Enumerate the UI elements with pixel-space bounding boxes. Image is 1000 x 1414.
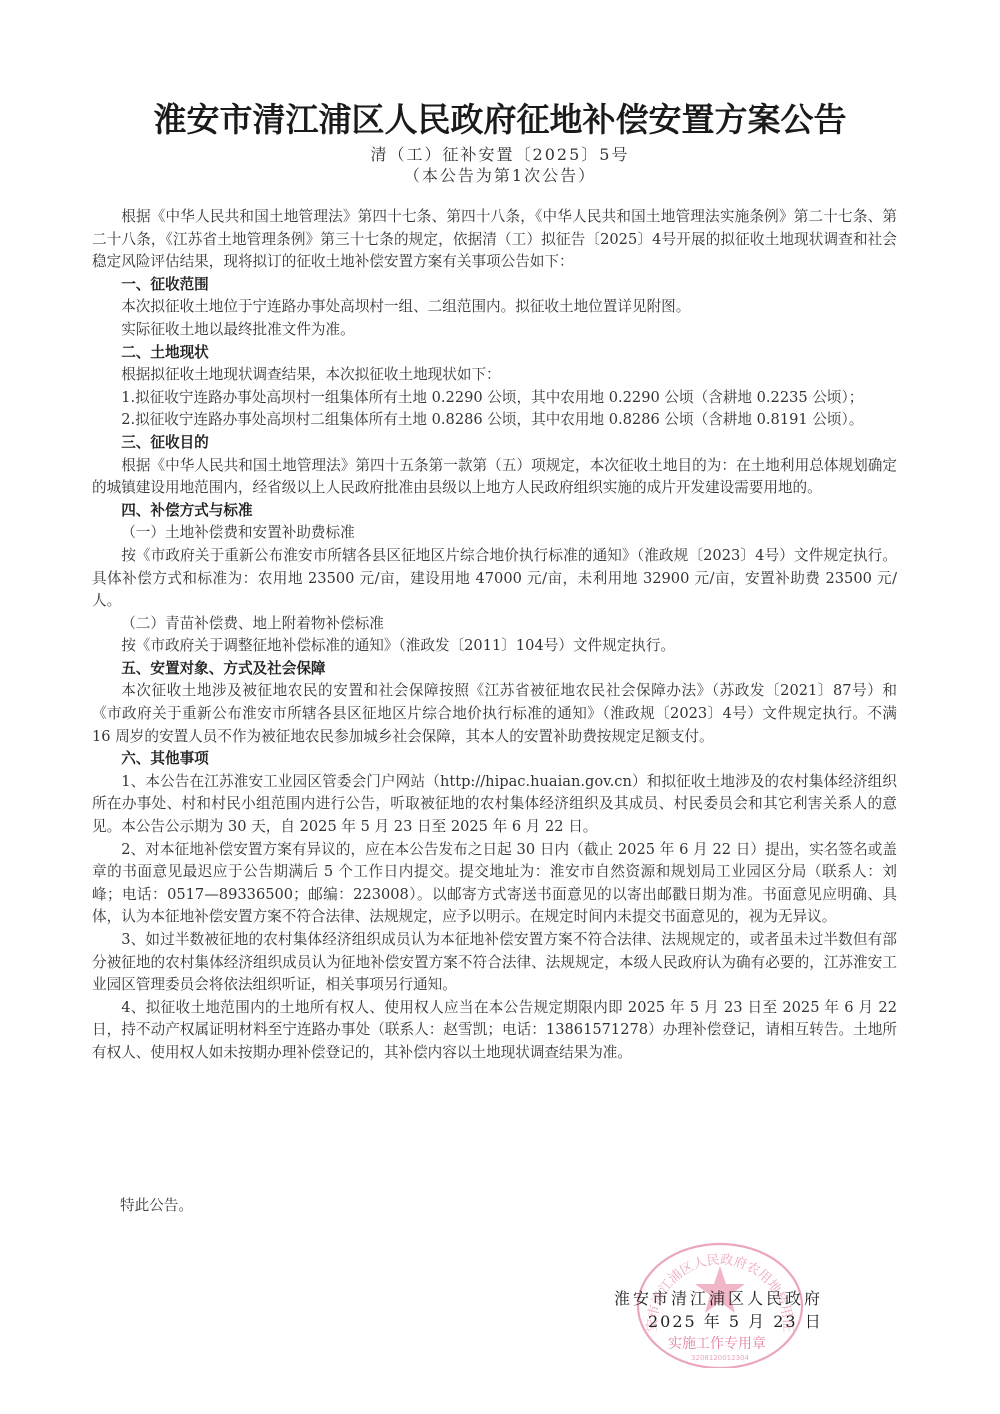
paragraph: 1.拟征收宁连路办事处高坝村一组集体所有土地 0.2290 公顷，其中农用地 0… xyxy=(92,387,897,410)
paragraph: 1、本公告在江苏淮安工业园区管委会门户网站（http://hipac.huaia… xyxy=(92,771,897,839)
announcement-note: （本公告为第1次公告） xyxy=(0,163,1000,186)
subsection-heading: （二）青苗补偿费、地上附着物补偿标准 xyxy=(92,613,897,636)
svg-text:3208120012304: 3208120012304 xyxy=(691,1354,749,1362)
paragraph: 本次拟征收土地位于宁连路办事处高坝村一组、二组范围内。拟征收土地位置详见附图。 xyxy=(92,296,897,319)
paragraph: 根据《中华人民共和国土地管理法》第四十五条第一款第（五）项规定，本次征收土地目的… xyxy=(92,455,897,500)
paragraph: 根据拟征收土地现状调查结果，本次拟征收土地现状如下： xyxy=(92,364,897,387)
document-body: 根据《中华人民共和国土地管理法》第四十七条、第四十八条，《中华人民共和国土地管理… xyxy=(92,206,897,1065)
issuer-name: 淮安市清江浦区人民政府 xyxy=(614,1286,823,1309)
seal-text: 实施工作专用章 xyxy=(668,1333,766,1353)
paragraph: 2、对本征地补偿安置方案有异议的，应在本公告发布之日起 30 日内（截止 202… xyxy=(92,839,897,929)
section-heading-resettlement: 五、安置对象、方式及社会保障 xyxy=(92,658,897,681)
paragraph: 4、拟征收土地范围内的土地所有权人、使用权人应当在本公告规定期限内即 2025 … xyxy=(92,997,897,1065)
document-title: 淮安市清江浦区人民政府征地补偿安置方案公告 xyxy=(0,94,1000,141)
issue-date: 2025 年 5 月 23 日 xyxy=(648,1309,823,1332)
subsection-heading: （一）土地补偿费和安置补助费标准 xyxy=(92,522,897,545)
paragraph: 按《市政府关于调整征地补偿标准的通知》（淮政发〔2011〕104号）文件规定执行… xyxy=(92,635,897,658)
paragraph: 实际征收土地以最终批准文件为准。 xyxy=(92,319,897,342)
intro-paragraph: 根据《中华人民共和国土地管理法》第四十七条、第四十八条，《中华人民共和国土地管理… xyxy=(92,206,897,274)
paragraph: 本次征收土地涉及被征地农民的安置和社会保障按照《江苏省被征地农民社会保障办法》（… xyxy=(92,680,897,748)
section-heading-scope: 一、征收范围 xyxy=(92,274,897,297)
paragraph: 2.拟征收宁连路办事处高坝村二组集体所有土地 0.8286 公顷，其中农用地 0… xyxy=(92,409,897,432)
document-number: 清（工）征补安置〔2025〕5号 xyxy=(0,142,1000,165)
section-heading-other: 六、其他事项 xyxy=(92,748,897,771)
section-heading-compensation: 四、补偿方式与标准 xyxy=(92,500,897,523)
paragraph: 按《市政府关于重新公布淮安市所辖各县区征地区片综合地价执行标准的通知》（淮政规〔… xyxy=(92,545,897,613)
section-heading-purpose: 三、征收目的 xyxy=(92,432,897,455)
closing-text: 特此公告。 xyxy=(120,1194,193,1215)
paragraph: 3、如过半数被征地的农村集体经济组织成员认为本征地补偿安置方案不符合法律、法规规… xyxy=(92,929,897,997)
section-heading-land-status: 二、土地现状 xyxy=(92,342,897,365)
